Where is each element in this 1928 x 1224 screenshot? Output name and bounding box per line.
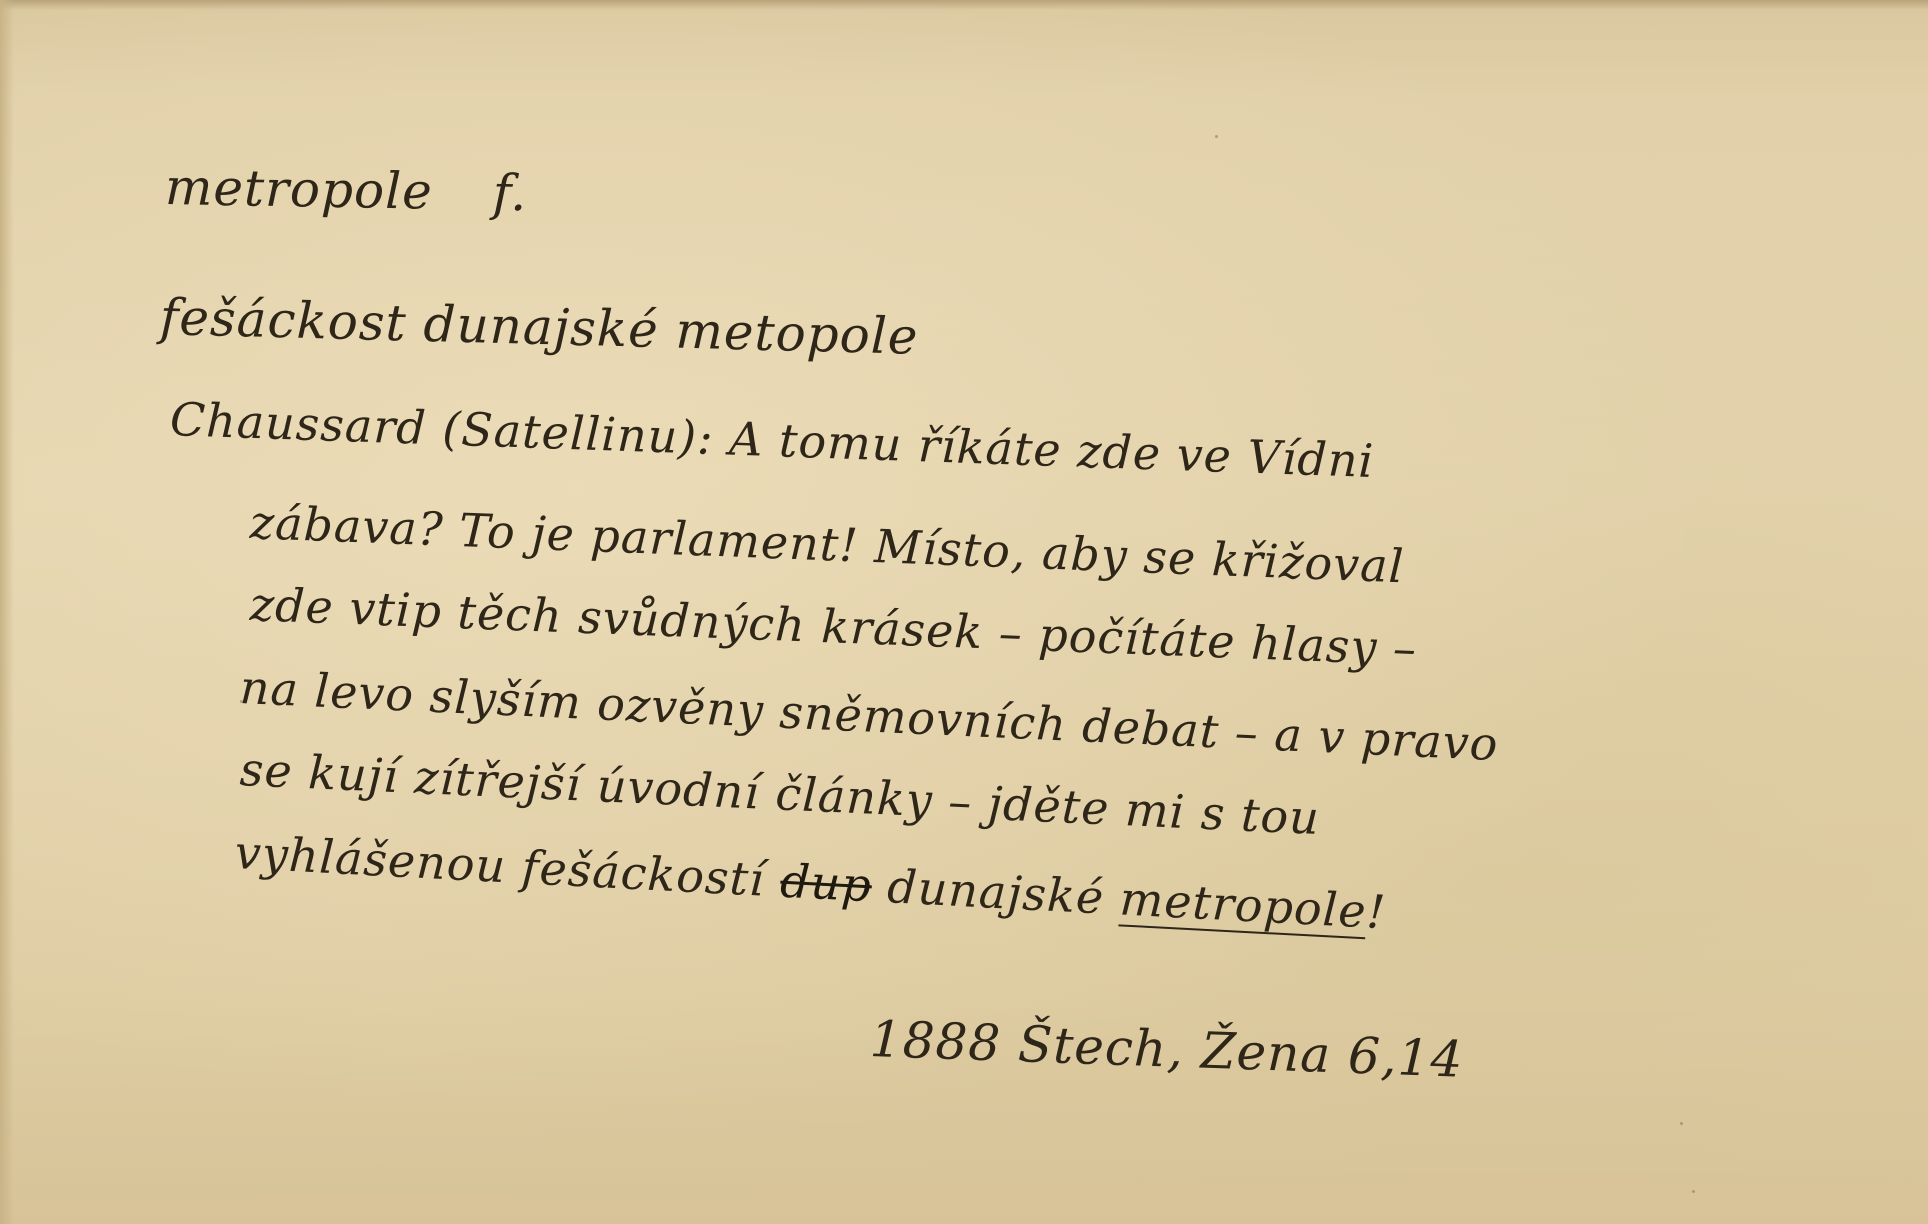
paper-top-edge	[0, 0, 1928, 10]
underlined-headword: metropole	[1118, 871, 1368, 938]
citation-text: A tomu říkáte zde ve Vídni	[728, 412, 1375, 488]
source-line: 1888 Štech, Žena 6,14	[869, 1010, 1464, 1089]
dictionary-slip: metropolef. fešáckost dunajské metopole …	[0, 0, 1928, 1224]
citation-text: vyhlášenou fešáckostí	[234, 825, 767, 907]
phrase-line: fešáckost dunajské metopole	[159, 288, 919, 366]
grammatical-gender: f.	[492, 164, 528, 223]
source-work: Žena	[1200, 1022, 1332, 1085]
citation-line-3: zde vtip těch svůdných krásek – počítáte…	[249, 577, 1418, 676]
citation-text: dunajské	[886, 859, 1106, 924]
citation-line-2: zábava? To je parlament! Místo, aby se k…	[249, 495, 1405, 593]
citation-line-5: se kují zítřejší úvodní články – jděte m…	[239, 742, 1321, 845]
struck-out-word: dup	[779, 854, 873, 913]
exclamation: !	[1365, 884, 1387, 939]
paper-left-edge	[0, 0, 14, 1224]
source-reference: 6,14	[1347, 1027, 1464, 1089]
paper-speck	[1215, 135, 1218, 138]
citation-speaker: Chaussard (Satellinu):	[169, 392, 715, 465]
headword: metropole	[164, 158, 433, 221]
citation-line-6: vyhlášenou fešáckostí dup dunajské metro…	[234, 825, 1388, 939]
headword-line: metropolef.	[164, 158, 527, 222]
paper-speck	[1680, 1122, 1683, 1125]
paper-speck	[1692, 1190, 1695, 1193]
citation-line-1: Chaussard (Satellinu): A tomu říkáte zde…	[169, 392, 1375, 488]
source-year: 1888	[869, 1010, 1002, 1073]
source-author: Štech,	[1017, 1015, 1185, 1079]
